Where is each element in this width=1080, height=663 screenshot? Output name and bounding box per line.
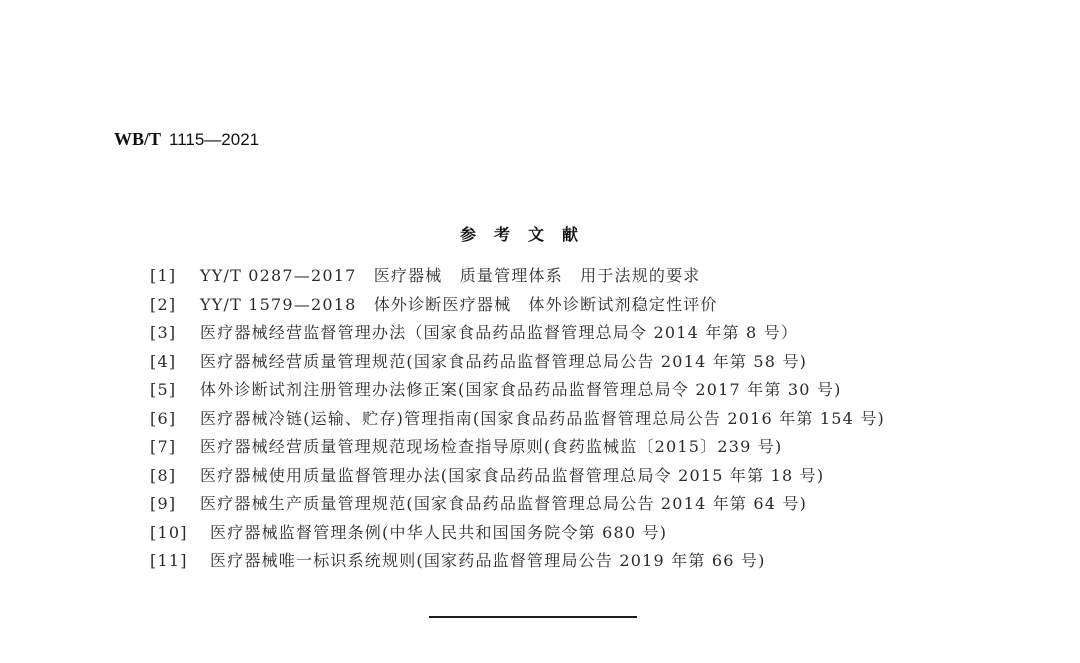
- reference-number: [3]: [150, 319, 200, 348]
- reference-number: [11]: [150, 547, 210, 576]
- reference-item: [11]医疗器械唯一标识系统规则(国家药品监督管理局公告 2019 年第 66 …: [150, 547, 885, 576]
- reference-text: 医疗器械监督管理条例(中华人民共和国国务院令第 680 号): [210, 523, 667, 542]
- reference-item: [6]医疗器械冷链(运输、贮存)管理指南(国家食品药品监督管理总局公告 2016…: [150, 405, 885, 434]
- reference-item: [2]YY/T 1579—2018 体外诊断医疗器械 体外诊断试剂稳定性评价: [150, 291, 885, 320]
- reference-number: [10]: [150, 519, 210, 548]
- reference-text: 医疗器械经营质量管理规范现场检查指导原则(食药监械监〔2015〕239 号): [200, 437, 782, 456]
- reference-text: 医疗器械经营监督管理办法（国家食品药品监督管理总局令 2014 年第 8 号）: [200, 323, 798, 342]
- end-of-document-rule: [429, 616, 637, 618]
- reference-number: [5]: [150, 376, 200, 405]
- reference-item: [7]医疗器械经营质量管理规范现场检查指导原则(食药监械监〔2015〕239 号…: [150, 433, 885, 462]
- section-title-references: 参考文献: [460, 222, 596, 245]
- reference-text: 医疗器械经营质量管理规范(国家食品药品监督管理总局公告 2014 年第 58 号…: [200, 352, 807, 371]
- reference-text: 体外诊断试剂注册管理办法修正案(国家食品药品监督管理总局令 2017 年第 30…: [200, 380, 842, 399]
- reference-text: 医疗器械唯一标识系统规则(国家药品监督管理局公告 2019 年第 66 号): [210, 551, 766, 570]
- reference-item: [5]体外诊断试剂注册管理办法修正案(国家食品药品监督管理总局令 2017 年第…: [150, 376, 885, 405]
- reference-number: [8]: [150, 462, 200, 491]
- reference-item: [8]医疗器械使用质量监督管理办法(国家食品药品监督管理总局令 2015 年第 …: [150, 462, 885, 491]
- reference-number: [2]: [150, 291, 200, 320]
- reference-item: [10]医疗器械监督管理条例(中华人民共和国国务院令第 680 号): [150, 519, 885, 548]
- reference-item: [9]医疗器械生产质量管理规范(国家食品药品监督管理总局公告 2014 年第 6…: [150, 490, 885, 519]
- standard-code: WB/T1115—2021: [114, 128, 259, 151]
- reference-number: [6]: [150, 405, 200, 434]
- reference-text: 医疗器械生产质量管理规范(国家食品药品监督管理总局公告 2014 年第 64 号…: [200, 494, 807, 513]
- reference-number: [7]: [150, 433, 200, 462]
- reference-list: [1]YY/T 0287—2017 医疗器械 质量管理体系 用于法规的要求 [2…: [150, 262, 885, 576]
- reference-item: [1]YY/T 0287—2017 医疗器械 质量管理体系 用于法规的要求: [150, 262, 885, 291]
- reference-text: YY/T 0287—2017 医疗器械 质量管理体系 用于法规的要求: [200, 266, 701, 285]
- reference-text: 医疗器械使用质量监督管理办法(国家食品药品监督管理总局令 2015 年第 18 …: [200, 466, 824, 485]
- standard-prefix: WB/T: [114, 129, 161, 149]
- reference-item: [4]医疗器械经营质量管理规范(国家食品药品监督管理总局公告 2014 年第 5…: [150, 348, 885, 377]
- reference-text: 医疗器械冷链(运输、贮存)管理指南(国家食品药品监督管理总局公告 2016 年第…: [200, 409, 885, 428]
- reference-number: [1]: [150, 262, 200, 291]
- reference-text: YY/T 1579—2018 体外诊断医疗器械 体外诊断试剂稳定性评价: [200, 295, 718, 314]
- reference-number: [4]: [150, 348, 200, 377]
- reference-item: [3]医疗器械经营监督管理办法（国家食品药品监督管理总局令 2014 年第 8 …: [150, 319, 885, 348]
- reference-number: [9]: [150, 490, 200, 519]
- standard-number: 1115—2021: [169, 130, 259, 149]
